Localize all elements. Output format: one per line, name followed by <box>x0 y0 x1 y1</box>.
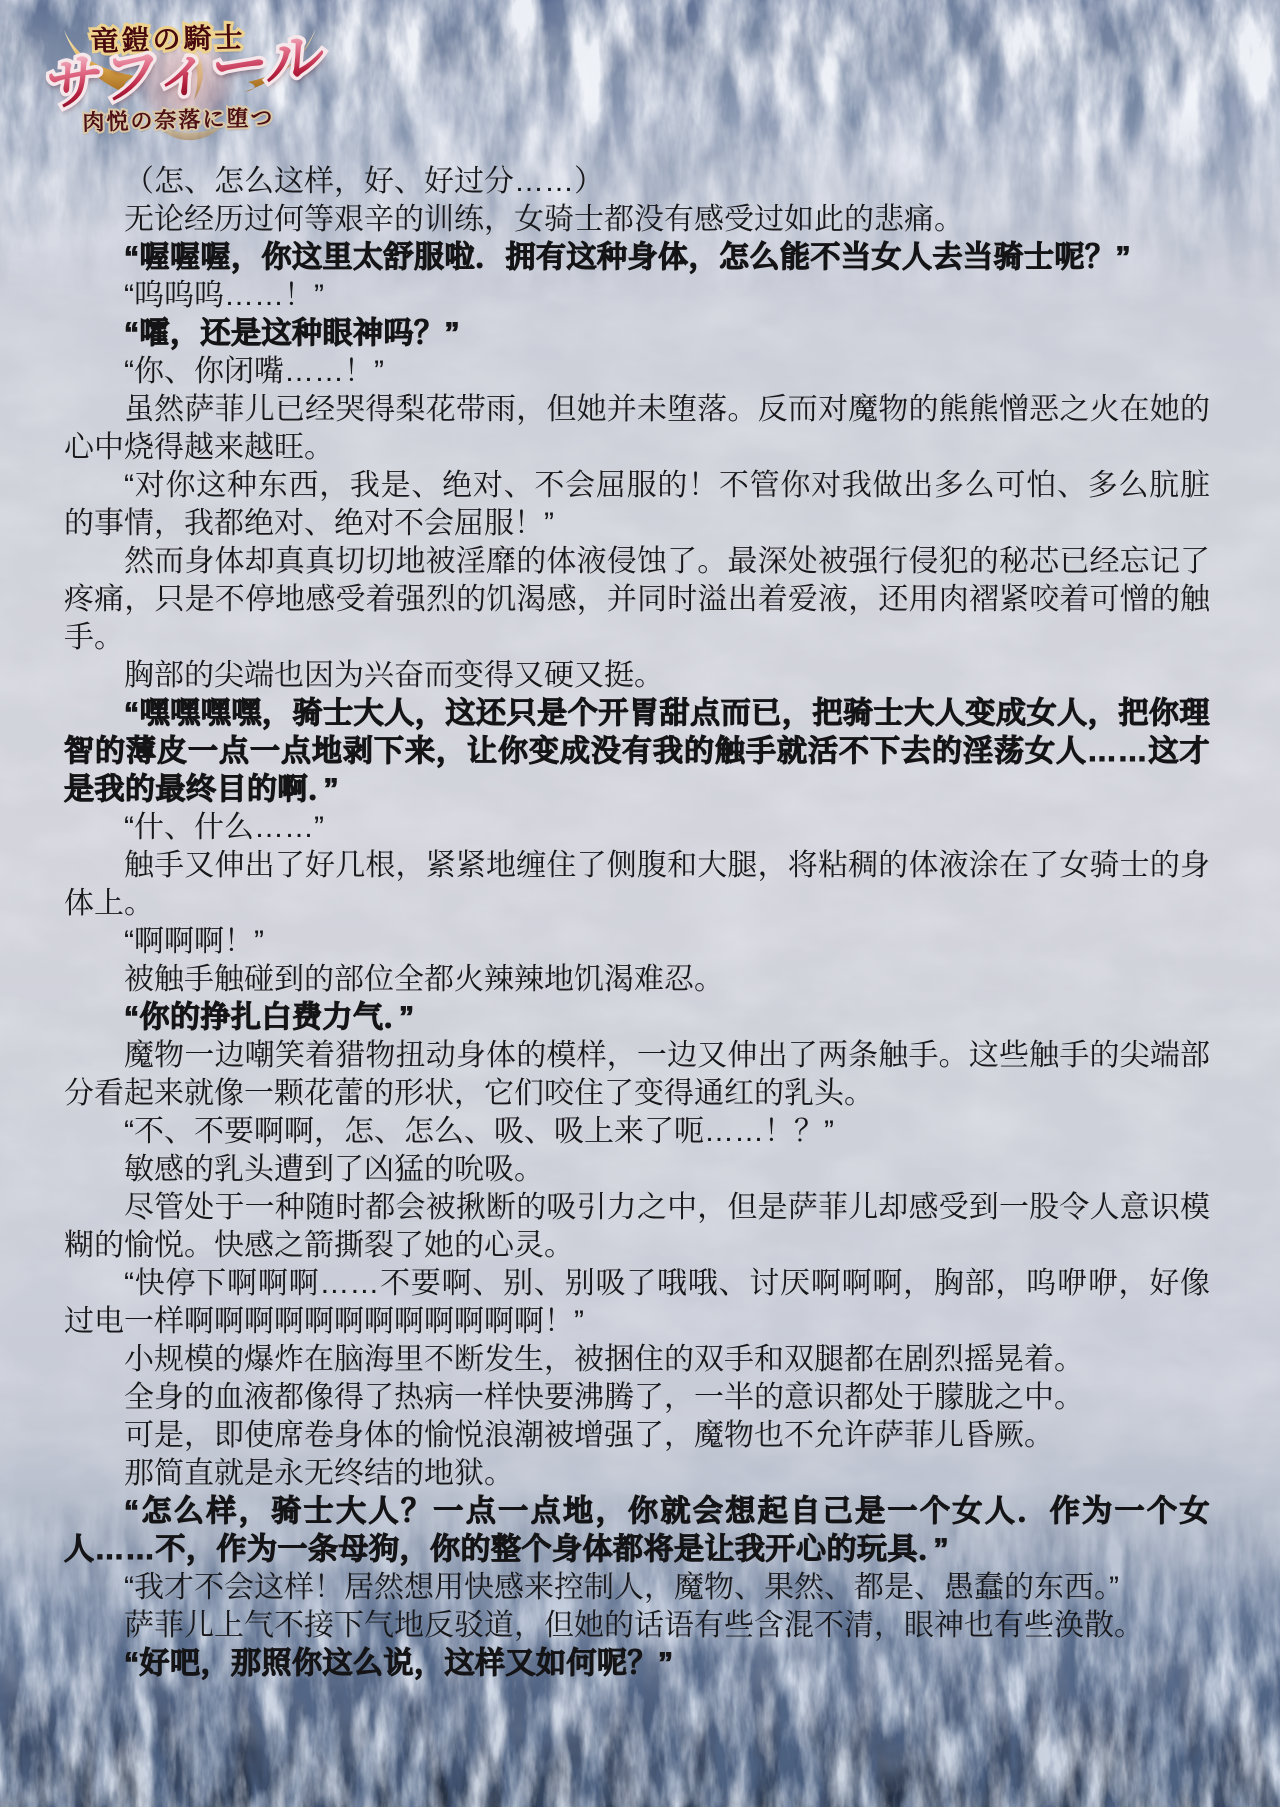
story-paragraph: 触手又伸出了好几根，紧紧地缠住了侧腹和大腿，将粘稠的体液涂在了女骑士的身体上。 <box>64 847 1210 923</box>
story-paragraph: 尽管处于一种随时都会被揪断的吸引力之中，但是萨菲儿却感受到一股令人意识模糊的愉悦… <box>64 1189 1210 1265</box>
story-paragraph: 虽然萨菲儿已经哭得梨花带雨，但她并未堕落。反而对魔物的熊熊憎恶之火在她的心中烧得… <box>64 391 1210 467</box>
story-paragraph: “嚯，还是这种眼神吗？” <box>64 315 1210 353</box>
story-paragraph: 然而身体却真真切切地被淫靡的体液侵蚀了。最深处被强行侵犯的秘芯已经忘记了疼痛，只… <box>64 543 1210 657</box>
story-paragraph: 全身的血液都像得了热病一样快要沸腾了，一半的意识都处于朦胧之中。 <box>64 1379 1210 1417</box>
story-paragraph: 那简直就是永无终结的地狱。 <box>64 1455 1210 1493</box>
story-paragraph: 胸部的尖端也因为兴奋而变得又硬又挺。 <box>64 657 1210 695</box>
story-paragraph: “喔喔喔，你这里太舒服啦．拥有这种身体，怎么能不当女人去当骑士呢？” <box>64 239 1210 277</box>
story-paragraph: “啊啊啊！” <box>64 923 1210 961</box>
story-paragraph: “好吧，那照你这么说，这样又如何呢？” <box>64 1645 1210 1683</box>
logo-subtitle-text: 肉悦の奈落に堕つ <box>82 101 275 137</box>
story-paragraph: 可是，即使席卷身体的愉悦浪潮被增强了，魔物也不允许萨菲儿昏厥。 <box>64 1417 1210 1455</box>
story-paragraph: “呜呜呜……！” <box>64 277 1210 315</box>
story-paragraph: 小规模的爆炸在脑海里不断发生，被捆住的双手和双腿都在剧烈摇晃着。 <box>64 1341 1210 1379</box>
game-logo: 竜鎧の騎士 竜鎧の騎士 サフィール サフィール 肉悦の奈落に堕つ 肉悦の奈落に堕… <box>36 4 346 154</box>
novel-page: 竜鎧の騎士 竜鎧の騎士 サフィール サフィール 肉悦の奈落に堕つ 肉悦の奈落に堕… <box>0 0 1280 1807</box>
story-paragraph: 魔物一边嘲笑着猎物扭动身体的模样，一边又伸出了两条触手。这些触手的尖端部分看起来… <box>64 1037 1210 1113</box>
story-paragraph: 被触手触碰到的部位全都火辣辣地饥渴难忍。 <box>64 961 1210 999</box>
story-paragraph: “快停下啊啊啊……不要啊、别、别吸了哦哦、讨厌啊啊啊，胸部，呜咿咿，好像过电一样… <box>64 1265 1210 1341</box>
story-paragraph: “对你这种东西，我是、绝对、不会屈服的！不管你对我做出多么可怕、多么肮脏的事情，… <box>64 467 1210 543</box>
story-paragraph: 萨菲儿上气不接下气地反驳道，但她的话语有些含混不清，眼神也有些涣散。 <box>64 1607 1210 1645</box>
story-paragraph: “我才不会这样！居然想用快感来控制人，魔物、果然、都是、愚蠢的东西。” <box>64 1569 1210 1607</box>
story-paragraph: 无论经历过何等艰辛的训练，女骑士都没有感受过如此的悲痛。 <box>64 201 1210 239</box>
story-paragraph: “怎么样，骑士大人？一点一点地，你就会想起自己是一个女人．作为一个女人……不，作… <box>64 1493 1210 1569</box>
story-paragraph: 敏感的乳头遭到了凶猛的吮吸。 <box>64 1151 1210 1189</box>
story-paragraph: “什、什么……” <box>64 809 1210 847</box>
story-paragraph: （怎、怎么这样，好、好过分……） <box>64 163 1210 201</box>
story-paragraph: “你、你闭嘴……！” <box>64 353 1210 391</box>
story-paragraph: “不、不要啊啊，怎、怎么、吸、吸上来了呃……！？” <box>64 1113 1210 1151</box>
story-paragraph: “嘿嘿嘿嘿，骑士大人，这还只是个开胃甜点而已，把骑士大人变成女人，把你理智的薄皮… <box>64 695 1210 809</box>
story-paragraph: “你的挣扎白费力气．” <box>64 999 1210 1037</box>
story-text: （怎、怎么这样，好、好过分……）无论经历过何等艰辛的训练，女骑士都没有感受过如此… <box>64 163 1210 1683</box>
